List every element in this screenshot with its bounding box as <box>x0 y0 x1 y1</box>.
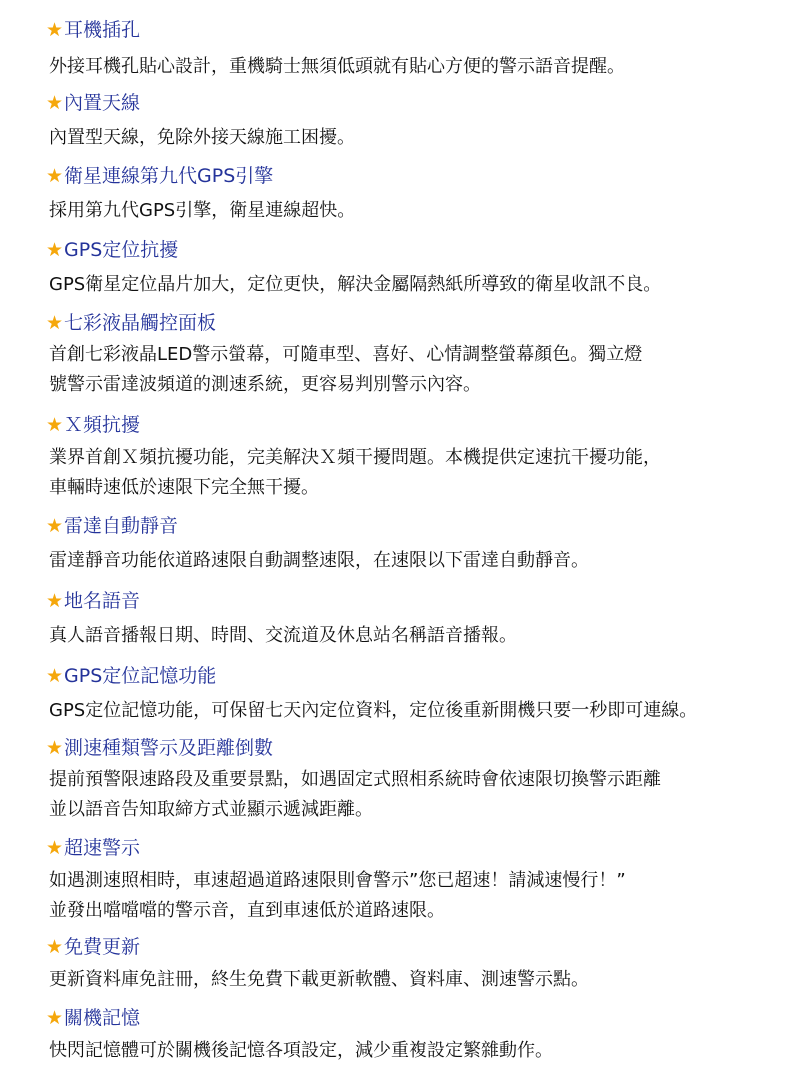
feature-title: ★關機記憶 <box>46 1006 553 1030</box>
feature-description: 首創七彩液晶LED警示螢幕，可隨車型、喜好、心情調整螢幕顏色。獨立燈號警示雷達波… <box>49 340 642 400</box>
feature-title: ★地名語音 <box>46 589 517 613</box>
feature-description: 內置型天線，免除外接天線施工困擾。 <box>49 123 355 153</box>
feature-item: ★耳機插孔 外接耳機孔貼心設計，重機騎士無須低頭就有貼心方便的警示語音提醒。 <box>46 18 625 82</box>
star-icon: ★ <box>46 312 63 334</box>
feature-title: ★雷達自動靜音 <box>46 514 589 538</box>
star-icon: ★ <box>46 590 63 612</box>
feature-title: ★衛星連線第九代GPS引擎 <box>46 164 355 188</box>
star-icon: ★ <box>46 665 63 687</box>
feature-item: ★超速警示 如遇測速照相時，車速超過道路速限則會警示”您已超速！請減速慢行！”並… <box>46 836 626 926</box>
feature-item: ★GPS定位記憶功能 GPS定位記憶功能，可保留七天內定位資料，定位後重新開機只… <box>46 664 697 726</box>
feature-title: ★內置天線 <box>46 91 355 115</box>
feature-item: ★雷達自動靜音 雷達靜音功能依道路速限自動調整速限，在速限以下雷達自動靜音。 <box>46 514 589 576</box>
star-icon: ★ <box>46 19 63 41</box>
feature-description: 快閃記憶體可於關機後記憶各項設定，減少重複設定繁雜動作。 <box>49 1036 553 1066</box>
feature-item: ★免費更新 更新資料庫免註冊，終生免費下載更新軟體、資料庫、測速警示點。 <box>46 935 589 995</box>
feature-title: ★測速種類警示及距離倒數 <box>46 736 661 760</box>
feature-item: ★測速種類警示及距離倒數 提前預警限速路段及重要景點，如遇固定式照相系統時會依速… <box>46 736 661 825</box>
feature-title: ★七彩液晶觸控面板 <box>46 311 642 335</box>
feature-item: ★內置天線 內置型天線，免除外接天線施工困擾。 <box>46 91 355 153</box>
star-icon: ★ <box>46 92 63 114</box>
feature-description: 提前預警限速路段及重要景點，如遇固定式照相系統時會依速限切換警示距離並以語音告知… <box>49 765 661 825</box>
star-icon: ★ <box>46 837 63 859</box>
feature-description: 外接耳機孔貼心設計，重機騎士無須低頭就有貼心方便的警示語音提醒。 <box>49 52 625 82</box>
feature-description: 真人語音播報日期、時間、交流道及休息站名稱語音播報。 <box>49 621 517 651</box>
feature-title: ★超速警示 <box>46 836 626 860</box>
star-icon: ★ <box>46 737 63 759</box>
star-icon: ★ <box>46 414 63 436</box>
feature-description: GPS衛星定位晶片加大，定位更快，解決金屬隔熱紙所導致的衛星收訊不良。 <box>49 270 661 300</box>
feature-item: ★衛星連線第九代GPS引擎 採用第九代GPS引擎，衛星連線超快。 <box>46 164 355 226</box>
feature-list: ★耳機插孔 外接耳機孔貼心設計，重機騎士無須低頭就有貼心方便的警示語音提醒。 ★… <box>0 0 800 1075</box>
feature-item: ★地名語音 真人語音播報日期、時間、交流道及休息站名稱語音播報。 <box>46 589 517 651</box>
star-icon: ★ <box>46 1007 63 1029</box>
feature-description: 更新資料庫免註冊，終生免費下載更新軟體、資料庫、測速警示點。 <box>49 965 589 995</box>
feature-item: ★GPS定位抗擾 GPS衛星定位晶片加大，定位更快，解決金屬隔熱紙所導致的衛星收… <box>46 238 661 300</box>
feature-description: 如遇測速照相時，車速超過道路速限則會警示”您已超速！請減速慢行！”並發出噹噹噹的… <box>49 866 626 926</box>
feature-title: ★耳機插孔 <box>46 18 625 42</box>
feature-title: ★Ｘ頻抗擾 <box>46 413 661 437</box>
star-icon: ★ <box>46 936 63 958</box>
feature-title: ★GPS定位抗擾 <box>46 238 661 262</box>
feature-title: ★GPS定位記憶功能 <box>46 664 697 688</box>
feature-item: ★Ｘ頻抗擾 業界首創Ｘ頻抗擾功能，完美解決Ｘ頻干擾問題。本機提供定速抗干擾功能，… <box>46 413 661 503</box>
feature-title: ★免費更新 <box>46 935 589 959</box>
star-icon: ★ <box>46 515 63 537</box>
feature-description: 採用第九代GPS引擎，衛星連線超快。 <box>49 196 355 226</box>
feature-item: ★關機記憶 快閃記憶體可於關機後記憶各項設定，減少重複設定繁雜動作。 <box>46 1006 553 1066</box>
feature-description: GPS定位記憶功能，可保留七天內定位資料，定位後重新開機只要一秒即可連線。 <box>49 696 697 726</box>
feature-description: 業界首創Ｘ頻抗擾功能，完美解決Ｘ頻干擾問題。本機提供定速抗干擾功能，車輛時速低於… <box>49 443 661 503</box>
feature-item: ★七彩液晶觸控面板 首創七彩液晶LED警示螢幕，可隨車型、喜好、心情調整螢幕顏色… <box>46 311 642 400</box>
star-icon: ★ <box>46 239 63 261</box>
feature-description: 雷達靜音功能依道路速限自動調整速限，在速限以下雷達自動靜音。 <box>49 546 589 576</box>
star-icon: ★ <box>46 165 63 187</box>
